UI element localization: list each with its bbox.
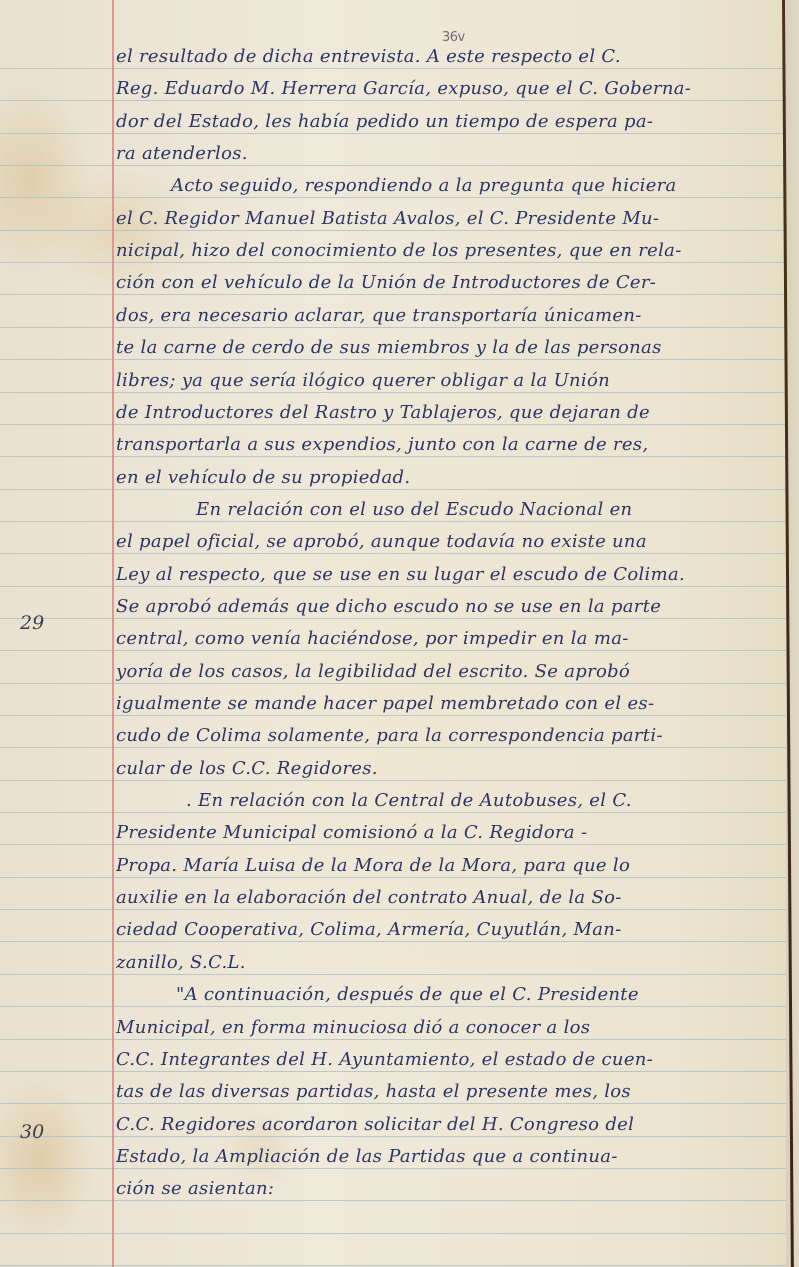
text-line: Municipal, en forma minuciosa dió a cono…	[116, 1012, 784, 1044]
text-line: Reg. Eduardo M. Herrera García, expuso, …	[116, 73, 784, 105]
text-line: libres; ya que sería ilógico querer obli…	[116, 365, 784, 397]
ruled-line	[0, 1265, 790, 1266]
ruled-line	[0, 1233, 790, 1234]
text-line: . En relación con la Central de Autobuse…	[116, 785, 799, 817]
text-line: "A continuación, después de que el C. Pr…	[116, 979, 799, 1011]
text-line: Ley al respecto, que se use en su lugar …	[116, 559, 784, 591]
text-line: zanillo, S.C.L.	[116, 947, 784, 979]
text-line: igualmente se mande hacer papel membreta…	[116, 688, 784, 720]
text-line: te la carne de cerdo de sus miembros y l…	[116, 332, 784, 364]
text-line: nicipal, hizo del conocimiento de los pr…	[116, 235, 784, 267]
text-line: en el vehículo de su propiedad.	[116, 462, 784, 494]
text-line: de Introductores del Rastro y Tablajeros…	[116, 397, 784, 429]
text-line: el C. Regidor Manuel Batista Avalos, el …	[116, 203, 784, 235]
text-line: dos, era necesario aclarar, que transpor…	[116, 300, 784, 332]
text-line: yoría de los casos, la legibilidad del e…	[116, 656, 784, 688]
text-line: Presidente Municipal comisionó a la C. R…	[116, 817, 784, 849]
text-line: central, como venía haciéndose, por impe…	[116, 623, 784, 655]
text-line: ción con el vehículo de la Unión de Intr…	[116, 267, 784, 299]
text-line: Estado, la Ampliación de las Partidas qu…	[116, 1141, 784, 1173]
text-line: cular de los C.C. Regidores.	[116, 753, 784, 785]
ledger-page: 36v 29 30 el resultado de dicha entrevis…	[0, 0, 799, 1267]
text-line: Propa. María Luisa de la Mora de la Mora…	[116, 850, 784, 882]
text-line: tas de las diversas partidas, hasta el p…	[116, 1076, 784, 1108]
red-margin-line	[112, 0, 114, 1267]
text-line: cudo de Colima solamente, para la corres…	[116, 720, 784, 752]
text-line: Se aprobó además que dicho escudo no se …	[116, 591, 784, 623]
text-line: el papel oficial, se aprobó, aunque toda…	[116, 526, 784, 558]
text-line: transportarla a sus expendios, junto con…	[116, 429, 784, 461]
margin-entry-number-30: 30	[20, 1121, 44, 1143]
text-line: ciedad Cooperativa, Colima, Armería, Cuy…	[116, 914, 784, 946]
text-line: Acto seguido, respondiendo a la pregunta…	[116, 170, 799, 202]
text-line: el resultado de dicha entrevista. A este…	[116, 41, 784, 73]
text-line: dor del Estado, les había pedido un tiem…	[116, 106, 784, 138]
margin-entry-number-29: 29	[20, 612, 44, 634]
text-line: ra atenderlos.	[116, 138, 784, 170]
text-line: En relación con el uso del Escudo Nacion…	[116, 494, 799, 526]
text-line: auxilie en la elaboración del contrato A…	[116, 882, 784, 914]
text-line: ción se asientan:	[116, 1173, 784, 1205]
text-line: C.C. Regidores acordaron solicitar del H…	[116, 1109, 784, 1141]
text-line: C.C. Integrantes del H. Ayuntamiento, el…	[116, 1044, 784, 1076]
